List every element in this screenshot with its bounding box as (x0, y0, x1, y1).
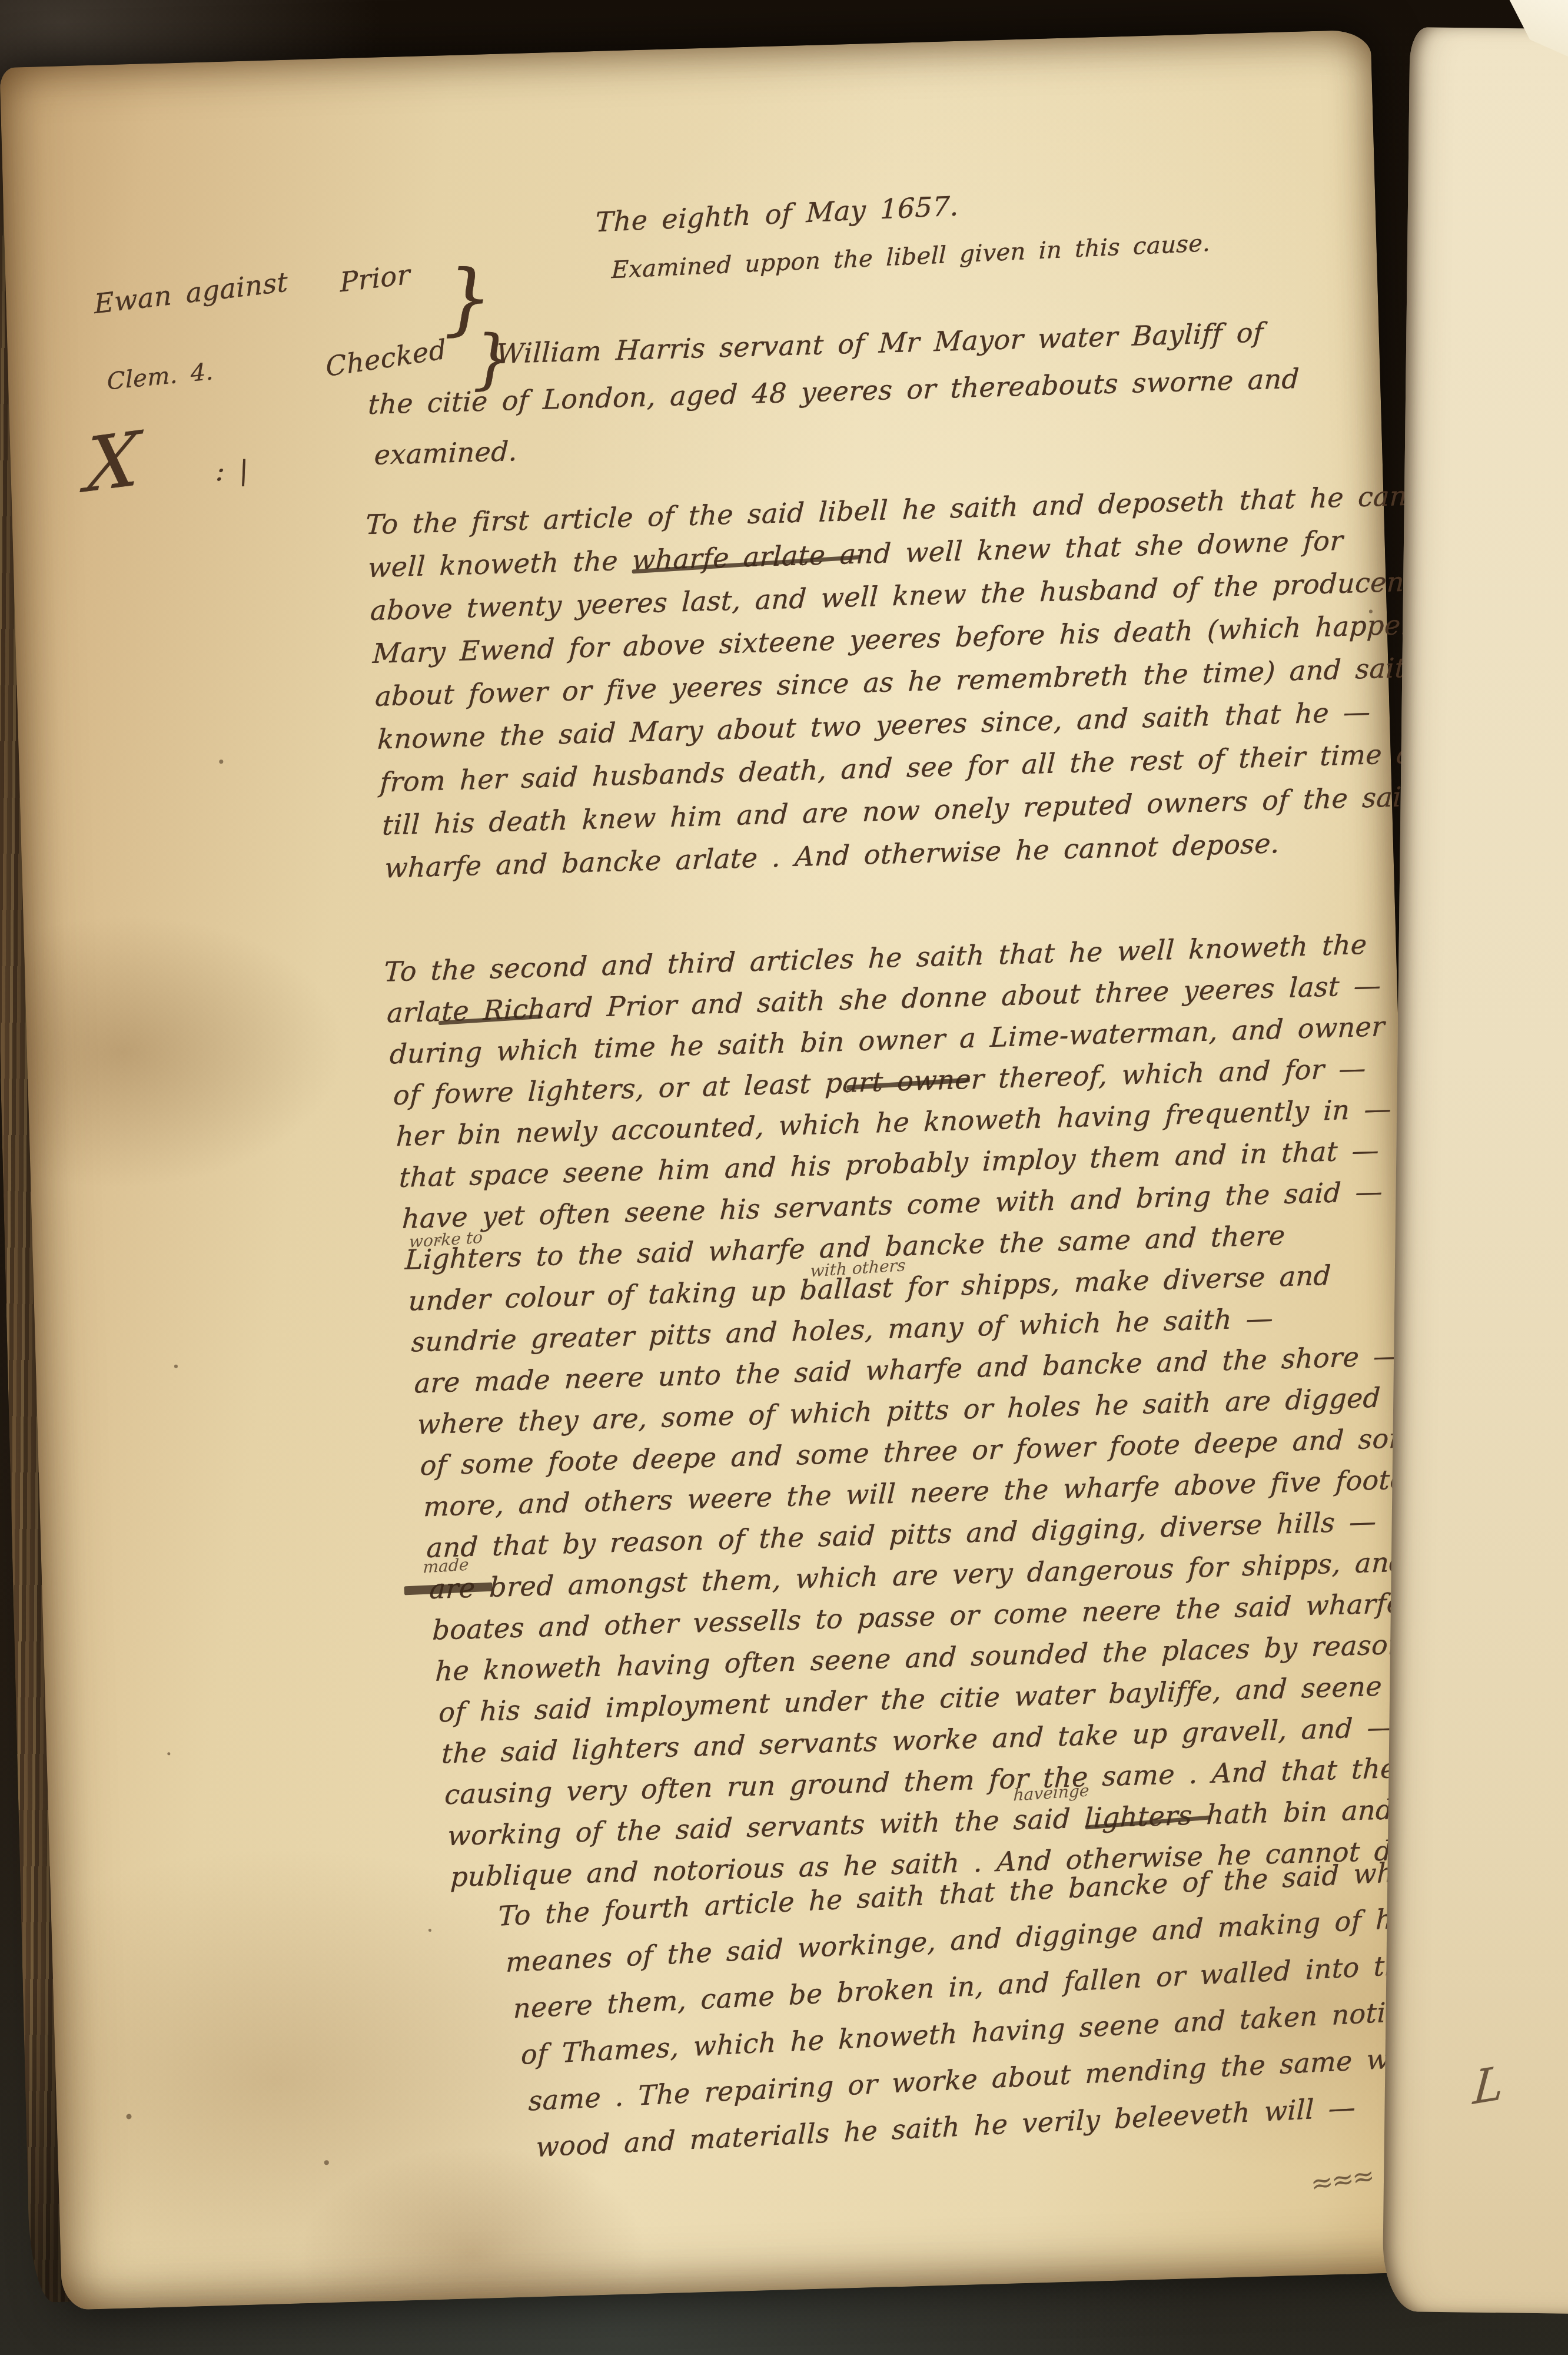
facing-page-edge: L (1382, 27, 1568, 2314)
closing-flourish-mark: ≈≈≈ (1308, 2159, 1376, 2200)
deposition-paragraph-first-article: To the first article of the said libell … (0, 29, 1370, 68)
facing-page-handwriting-fragment: L (1471, 2057, 1506, 2116)
margin-dots-mark: : | (215, 457, 250, 485)
examined-line: Examined uppon the libell given in this … (611, 231, 1211, 282)
date-line: The eighth of May 1657. (595, 192, 959, 235)
intro-line: William Harris servant of Mr Mayor water… (496, 319, 1264, 367)
manuscript-photo: Ewan against Prior } Clem. 4. Checked } … (0, 0, 1568, 2355)
interlineation-word: haveinge (1013, 1780, 1089, 1805)
manuscript-line: wharfe and bancke arlate . And otherwise… (384, 830, 1280, 882)
ink-speck (428, 1929, 431, 1932)
manuscript-page: Ewan against Prior } Clem. 4. Checked } … (0, 29, 1433, 2310)
interlineations: worke towith othersmadehaveinge (0, 29, 1370, 68)
deposition-paragraph-fourth-article: To the fourth article he saith that the … (0, 11, 1330, 78)
margin-case-party-name: Prior (339, 261, 410, 296)
interlineation-word: made (423, 1555, 469, 1577)
deposition-paragraph-second-third-articles: To the second and third articles he sait… (0, 29, 1370, 68)
margin-checked-note: Checked (325, 336, 447, 380)
ink-speck (126, 2114, 131, 2119)
margin-paraph-mark: X (84, 422, 142, 504)
margin-reference-note: Clem. 4. (107, 360, 214, 394)
ink-speck (219, 759, 223, 764)
margin-case-parties: Ewan against (94, 268, 288, 317)
ink-marks (0, 29, 1370, 68)
ink-speck (167, 1752, 170, 1755)
intro-line: examined. (374, 437, 518, 469)
ink-speck (174, 1365, 178, 1368)
ink-speck (324, 2160, 329, 2165)
